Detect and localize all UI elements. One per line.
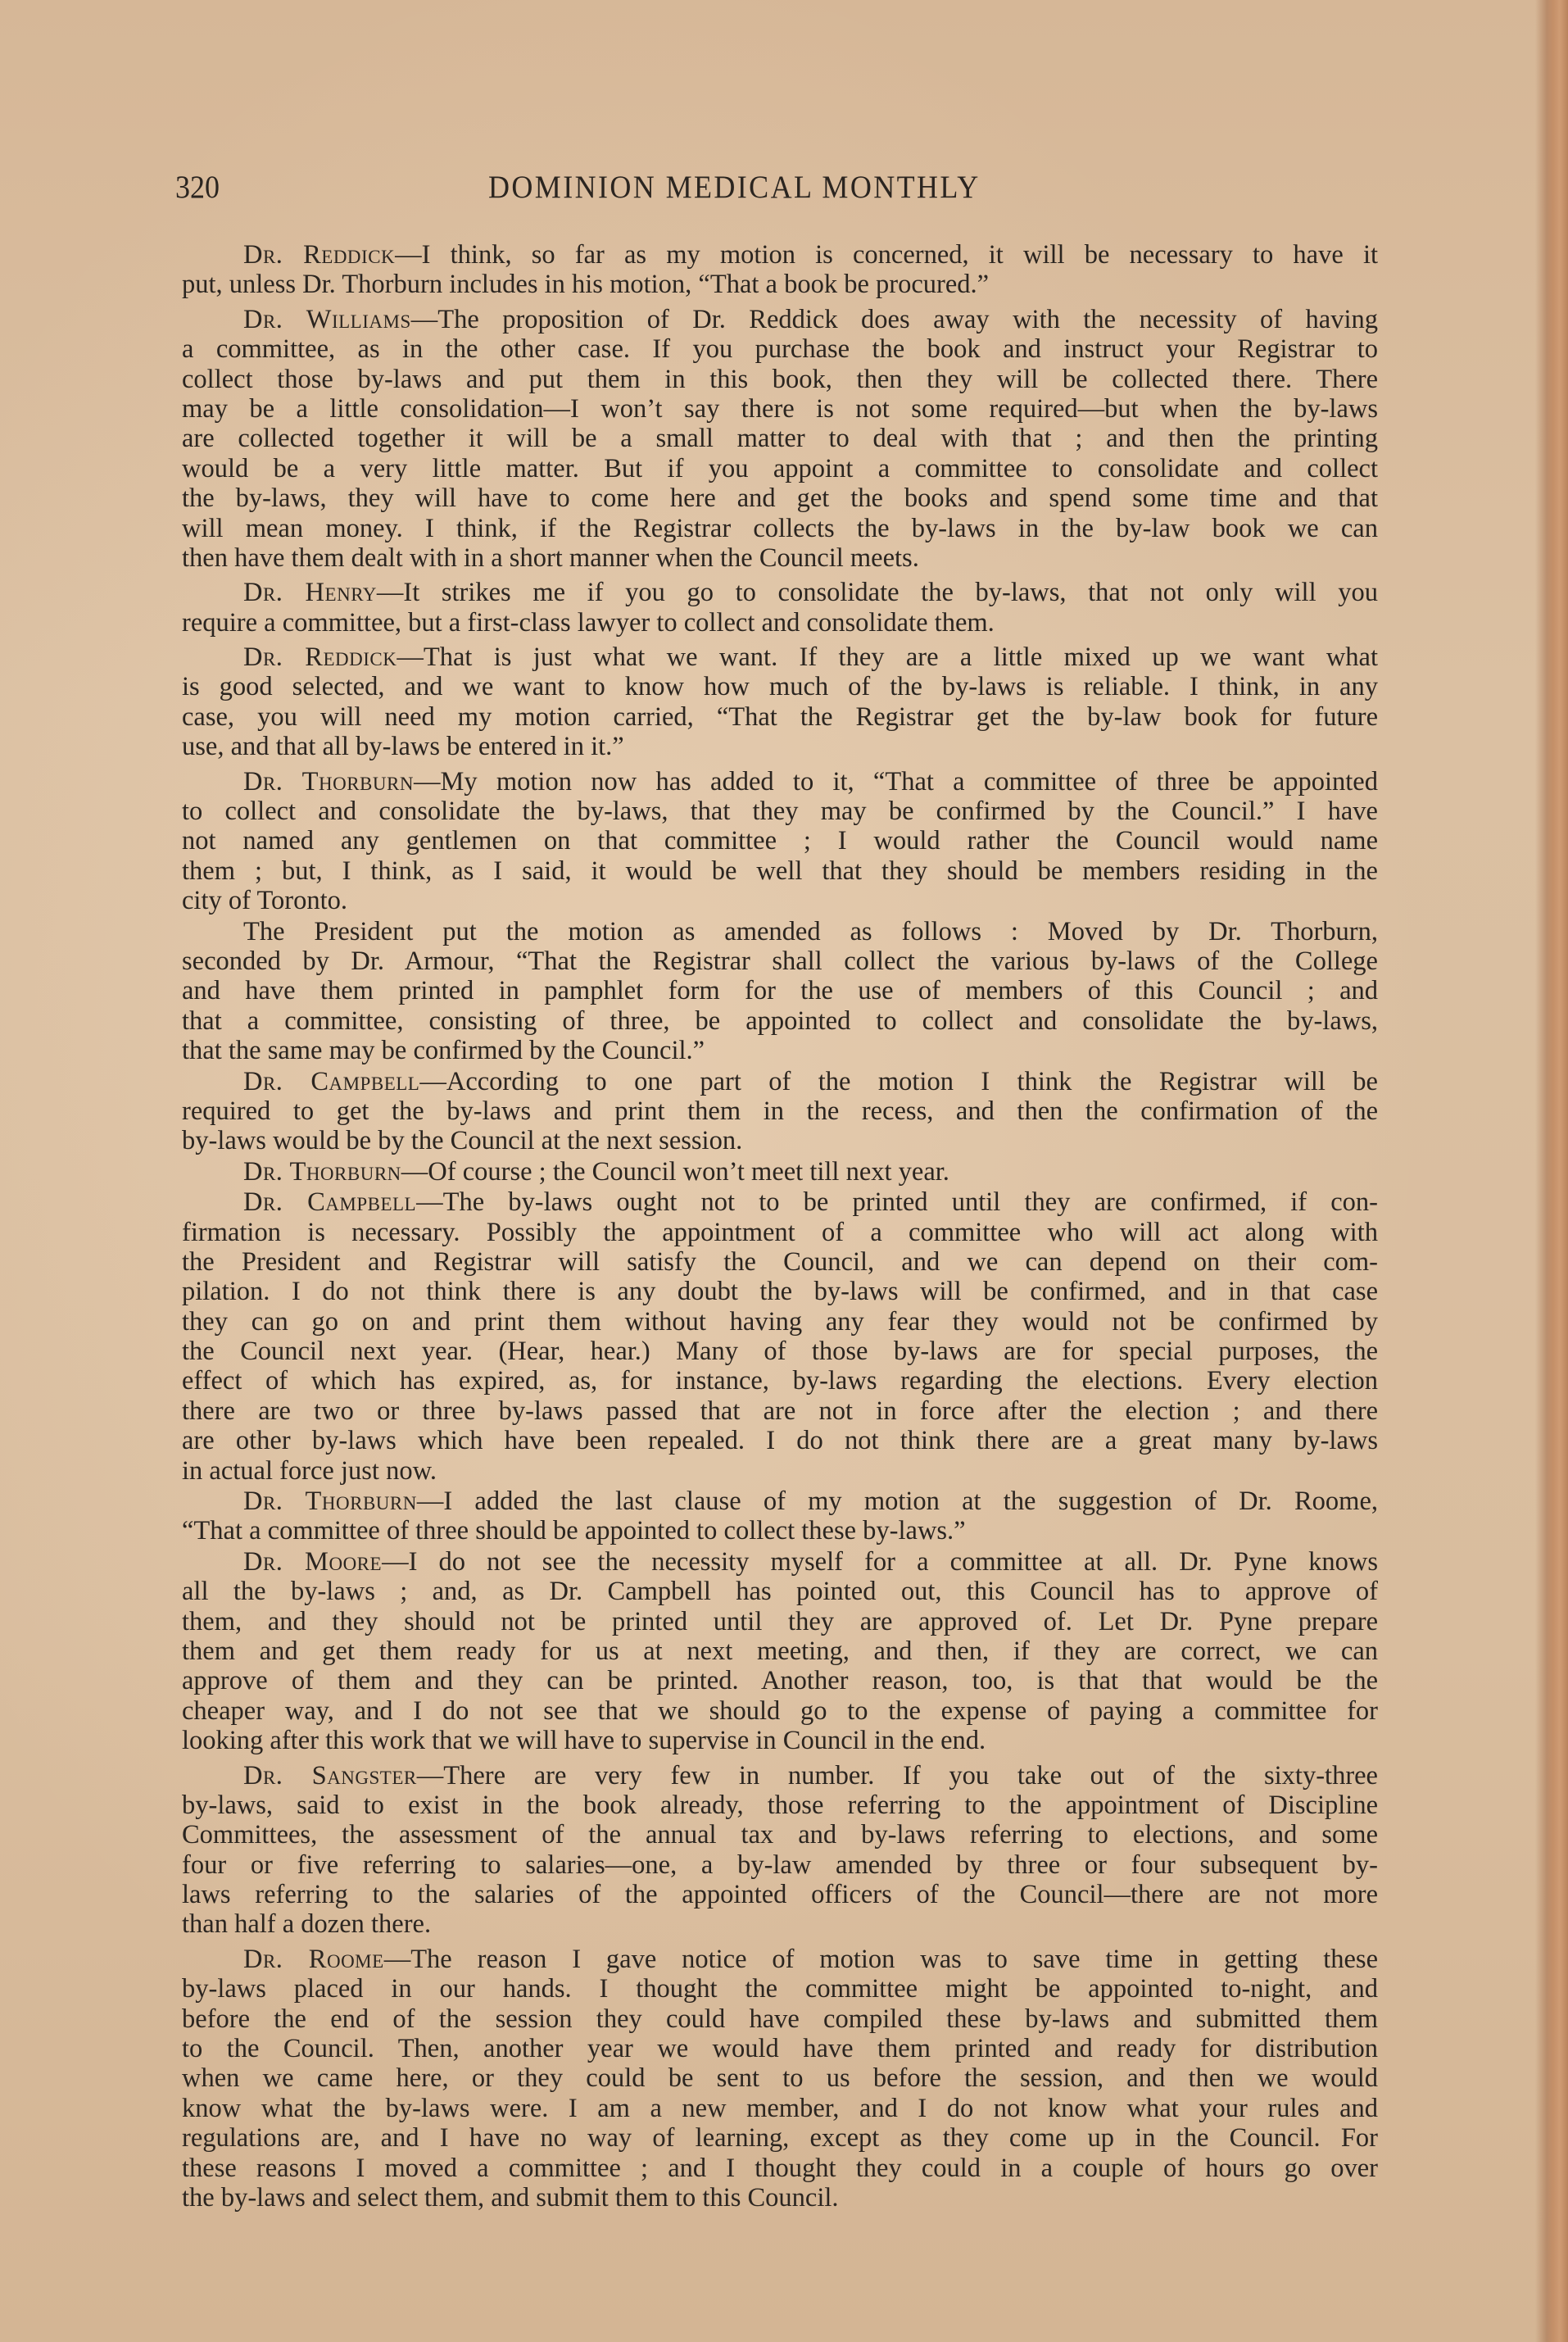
- text-line: they can go on and print them without ha…: [182, 1307, 1378, 1337]
- line-text: they can go on and print them without ha…: [182, 1307, 1378, 1337]
- text-line: Dr. Moore—I do not see the necessity mys…: [182, 1547, 1378, 1577]
- text-line: Dr. Williams—The proposition of Dr. Redd…: [182, 305, 1378, 334]
- text-line: laws referring to the salaries of the ap…: [182, 1880, 1378, 1909]
- speaker-name: Dr. Thorburn: [243, 1486, 417, 1516]
- text-line: cheaper way, and I do not see that we sh…: [182, 1696, 1378, 1726]
- text-line: a committee, as in the other case. If yo…: [182, 334, 1378, 364]
- text-line: Dr. Campbell—The by-laws ought not to be…: [182, 1187, 1378, 1217]
- line-text: the President and Registrar will satisfy…: [182, 1247, 1378, 1277]
- paragraph: Dr. Campbell—According to one part of th…: [182, 1067, 1378, 1156]
- line-text: city of Toronto.: [182, 886, 347, 915]
- text-line: when we came here, or they could be sent…: [182, 2063, 1378, 2093]
- line-text: them, and they should not be printed unt…: [182, 1607, 1378, 1636]
- text-line: the Council next year. (Hear, hear.) Man…: [182, 1337, 1378, 1366]
- text-line: require a committee, but a first-class l…: [182, 608, 1378, 638]
- text-line: them ; but, I think, as I said, it would…: [182, 856, 1378, 886]
- line-text: —I think, so far as my motion is concern…: [395, 240, 1378, 270]
- speaker-name: Dr. Campbell: [243, 1187, 416, 1217]
- text-line: Dr. Thorburn—Of course ; the Council won…: [182, 1157, 1378, 1187]
- text-line: then have them dealt with in a short man…: [182, 543, 1378, 573]
- text-line: may be a little consolidation—I won’t sa…: [182, 394, 1378, 424]
- line-text: the Council next year. (Hear, hear.) Man…: [182, 1337, 1378, 1366]
- line-text: approve of them and they can be printed.…: [182, 1666, 1378, 1695]
- line-text: would be a very little matter. But if yo…: [182, 454, 1378, 483]
- line-text: —According to one part of the motion I t…: [419, 1067, 1378, 1096]
- line-text: —There are very few in number. If you ta…: [417, 1761, 1378, 1791]
- line-text: the by-laws, they will have to come here…: [182, 483, 1378, 513]
- line-text: before the end of the session they could…: [182, 2004, 1378, 2034]
- line-text: that a committee, consisting of three, b…: [182, 1006, 1378, 1036]
- text-line: put, unless Dr. Thorburn includes in his…: [182, 270, 1378, 299]
- line-text: —My motion now has added to it, “That a …: [414, 767, 1378, 797]
- text-line: would be a very little matter. But if yo…: [182, 454, 1378, 483]
- text-line: there are two or three by-laws passed th…: [182, 1396, 1378, 1426]
- line-text: will mean money. I think, if the Registr…: [182, 514, 1378, 543]
- line-text: by-laws placed in our hands. I thought t…: [182, 1974, 1378, 2004]
- text-line: firmation is necessary. Possibly the app…: [182, 1218, 1378, 1247]
- line-text: cheaper way, and I do not see that we sh…: [182, 1696, 1378, 1726]
- speaker-name: Dr. Moore: [243, 1547, 382, 1577]
- text-line: pilation. I do not think there is any do…: [182, 1277, 1378, 1306]
- binding-edge: [1535, 0, 1568, 2342]
- text-line: seconded by Dr. Armour, “That the Regist…: [182, 946, 1378, 976]
- line-text: than half a dozen there.: [182, 1909, 431, 1939]
- line-text: seconded by Dr. Armour, “That the Regist…: [182, 946, 1378, 976]
- line-text: is good selected, and we want to know ho…: [182, 672, 1378, 701]
- text-line: Dr. Thorburn—My motion now has added to …: [182, 767, 1378, 797]
- speaker-name: Dr. Thorburn: [243, 1157, 401, 1187]
- line-text: are collected together it will be a smal…: [182, 424, 1378, 453]
- line-text: these reasons I moved a committee ; and …: [182, 2154, 1378, 2183]
- line-text: looking after this work that we will hav…: [182, 1726, 986, 1755]
- text-line: and have them printed in pamphlet form f…: [182, 976, 1378, 1005]
- text-line: Dr. Roome—The reason I gave notice of mo…: [182, 1945, 1378, 1974]
- text-line: the President and Registrar will satisfy…: [182, 1247, 1378, 1277]
- text-line: these reasons I moved a committee ; and …: [182, 2154, 1378, 2183]
- speaker-name: Dr. Williams: [243, 305, 411, 334]
- paragraph: Dr. Thorburn—My motion now has added to …: [182, 767, 1378, 916]
- text-line: will mean money. I think, if the Registr…: [182, 514, 1378, 543]
- text-line: The President put the motion as amended …: [182, 917, 1378, 946]
- text-line: all the by-laws ; and, as Dr. Campbell h…: [182, 1577, 1378, 1606]
- scanned-page: 320 DOMINION MEDICAL MONTHLY Dr. Reddick…: [0, 0, 1568, 2342]
- line-text: them and get them ready for us at next m…: [182, 1636, 1378, 1666]
- paragraph: Dr. Henry—It strikes me if you go to con…: [182, 578, 1378, 638]
- paragraph: Dr. Thorburn—Of course ; the Council won…: [182, 1157, 1378, 1187]
- line-text: collect those by-laws and put them in th…: [182, 365, 1378, 394]
- text-line: are collected together it will be a smal…: [182, 424, 1378, 453]
- line-text: laws referring to the salaries of the ap…: [182, 1880, 1378, 1909]
- line-text: to collect and consolidate the by-laws, …: [182, 797, 1378, 826]
- line-text: in actual force just now.: [182, 1456, 437, 1486]
- line-text: effect of which has expired, as, for ins…: [182, 1366, 1378, 1396]
- line-text: required to get the by-laws and print th…: [182, 1096, 1378, 1126]
- text-line: is good selected, and we want to know ho…: [182, 672, 1378, 701]
- text-line: Dr. Thorburn—I added the last clause of …: [182, 1486, 1378, 1516]
- line-text: The President put the motion as amended …: [243, 917, 1378, 946]
- line-text: the by-laws and select them, and submit …: [182, 2183, 839, 2213]
- paragraph: Dr. Campbell—The by-laws ought not to be…: [182, 1187, 1378, 1486]
- text-line: Committees, the assessment of the annual…: [182, 1820, 1378, 1850]
- text-line: are other by-laws which have been repeal…: [182, 1426, 1378, 1455]
- line-text: —That is just what we want. If they are …: [397, 642, 1378, 672]
- text-line: not named any gentlemen on that committe…: [182, 826, 1378, 856]
- paragraph: Dr. Reddick—I think, so far as my motion…: [182, 240, 1378, 300]
- paragraph: The President put the motion as amended …: [182, 917, 1378, 1066]
- text-line: before the end of the session they could…: [182, 2004, 1378, 2034]
- text-line: that a committee, consisting of three, b…: [182, 1006, 1378, 1036]
- text-line: to collect and consolidate the by-laws, …: [182, 797, 1378, 826]
- text-line: Dr. Campbell—According to one part of th…: [182, 1067, 1378, 1096]
- text-line: looking after this work that we will hav…: [182, 1726, 1378, 1755]
- text-line: Dr. Reddick—That is just what we want. I…: [182, 642, 1378, 672]
- text-line: the by-laws, they will have to come here…: [182, 483, 1378, 513]
- text-line: effect of which has expired, as, for ins…: [182, 1366, 1378, 1396]
- line-text: know what the by-laws were. I am a new m…: [182, 2094, 1378, 2123]
- running-head: 320 DOMINION MEDICAL MONTHLY: [175, 170, 1380, 207]
- line-text: to the Council. Then, another year we wo…: [182, 2034, 1378, 2063]
- line-text: “That a committee of three should be app…: [182, 1516, 966, 1545]
- paragraph: Dr. Williams—The proposition of Dr. Redd…: [182, 305, 1378, 574]
- text-line: to the Council. Then, another year we wo…: [182, 2034, 1378, 2063]
- text-line: than half a dozen there.: [182, 1909, 1378, 1939]
- page-number: 320: [175, 168, 220, 205]
- text-line: Dr. Henry—It strikes me if you go to con…: [182, 578, 1378, 607]
- text-line: Dr. Sangster—There are very few in numbe…: [182, 1761, 1378, 1791]
- speaker-name: Dr. Reddick: [243, 240, 395, 270]
- journal-title: DOMINION MEDICAL MONTHLY: [488, 168, 981, 205]
- paragraph: Dr. Sangster—There are very few in numbe…: [182, 1761, 1378, 1940]
- line-text: are other by-laws which have been repeal…: [182, 1426, 1378, 1455]
- speaker-name: Dr. Campbell: [243, 1067, 419, 1096]
- line-text: firmation is necessary. Possibly the app…: [182, 1218, 1378, 1247]
- line-text: four or five referring to salaries—one, …: [182, 1850, 1378, 1880]
- text-line: city of Toronto.: [182, 886, 1378, 915]
- text-line: four or five referring to salaries—one, …: [182, 1850, 1378, 1880]
- line-text: —The proposition of Dr. Reddick does awa…: [411, 305, 1378, 334]
- paragraph: Dr. Reddick—That is just what we want. I…: [182, 642, 1378, 762]
- speaker-name: Dr. Reddick: [243, 642, 397, 672]
- text-line: use, and that all by-laws be entered in …: [182, 732, 1378, 761]
- text-line: required to get the by-laws and print th…: [182, 1096, 1378, 1126]
- line-text: regulations are, and I have no way of le…: [182, 2123, 1378, 2153]
- line-text: put, unless Dr. Thorburn includes in his…: [182, 270, 989, 299]
- line-text: require a committee, but a first-class l…: [182, 608, 995, 638]
- text-line: by-laws, said to exist in the book alrea…: [182, 1791, 1378, 1820]
- line-text: use, and that all by-laws be entered in …: [182, 732, 624, 761]
- text-line: by-laws would be by the Council at the n…: [182, 1126, 1378, 1155]
- line-text: there are two or three by-laws passed th…: [182, 1396, 1378, 1426]
- line-text: —I added the last clause of my motion at…: [417, 1486, 1378, 1516]
- text-line: know what the by-laws were. I am a new m…: [182, 2094, 1378, 2123]
- line-text: —The by-laws ought not to be printed unt…: [416, 1187, 1378, 1217]
- line-text: pilation. I do not think there is any do…: [182, 1277, 1378, 1306]
- text-line: approve of them and they can be printed.…: [182, 1666, 1378, 1695]
- line-text: not named any gentlemen on that committe…: [182, 826, 1378, 856]
- line-text: then have them dealt with in a short man…: [182, 543, 919, 573]
- article-body: Dr. Reddick—I think, so far as my motion…: [182, 240, 1378, 2217]
- line-text: —I do not see the necessity myself for a…: [382, 1547, 1378, 1577]
- line-text: by-laws would be by the Council at the n…: [182, 1126, 742, 1155]
- line-text: may be a little consolidation—I won’t sa…: [182, 394, 1378, 424]
- text-line: case, you will need my motion carried, “…: [182, 702, 1378, 732]
- line-text: case, you will need my motion carried, “…: [182, 702, 1378, 732]
- text-line: them and get them ready for us at next m…: [182, 1636, 1378, 1666]
- paragraph: Dr. Moore—I do not see the necessity mys…: [182, 1547, 1378, 1756]
- speaker-name: Dr. Henry: [243, 578, 377, 607]
- line-text: and have them printed in pamphlet form f…: [182, 976, 1378, 1005]
- line-text: Committees, the assessment of the annual…: [182, 1820, 1378, 1850]
- line-text: a committee, as in the other case. If yo…: [182, 334, 1378, 364]
- line-text: that the same may be confirmed by the Co…: [182, 1036, 705, 1065]
- speaker-name: Dr. Thorburn: [243, 767, 414, 797]
- line-text: —Of course ; the Council won’t meet till…: [401, 1157, 949, 1187]
- paragraph: Dr. Roome—The reason I gave notice of mo…: [182, 1945, 1378, 2213]
- text-line: that the same may be confirmed by the Co…: [182, 1036, 1378, 1065]
- line-text: when we came here, or they could be sent…: [182, 2063, 1378, 2093]
- text-line: regulations are, and I have no way of le…: [182, 2123, 1378, 2153]
- line-text: all the by-laws ; and, as Dr. Campbell h…: [182, 1577, 1378, 1606]
- line-text: —The reason I gave notice of motion was …: [384, 1945, 1378, 1974]
- speaker-name: Dr. Sangster: [243, 1761, 417, 1791]
- speaker-name: Dr. Roome: [243, 1945, 384, 1974]
- text-line: “That a committee of three should be app…: [182, 1516, 1378, 1545]
- text-line: Dr. Reddick—I think, so far as my motion…: [182, 240, 1378, 270]
- text-line: by-laws placed in our hands. I thought t…: [182, 1974, 1378, 2004]
- line-text: them ; but, I think, as I said, it would…: [182, 856, 1378, 886]
- paragraph: Dr. Thorburn—I added the last clause of …: [182, 1486, 1378, 1546]
- text-line: the by-laws and select them, and submit …: [182, 2183, 1378, 2213]
- text-line: collect those by-laws and put them in th…: [182, 365, 1378, 394]
- text-line: in actual force just now.: [182, 1456, 1378, 1486]
- text-line: them, and they should not be printed unt…: [182, 1607, 1378, 1636]
- line-text: —It strikes me if you go to consolidate …: [377, 578, 1378, 607]
- line-text: by-laws, said to exist in the book alrea…: [182, 1791, 1378, 1820]
